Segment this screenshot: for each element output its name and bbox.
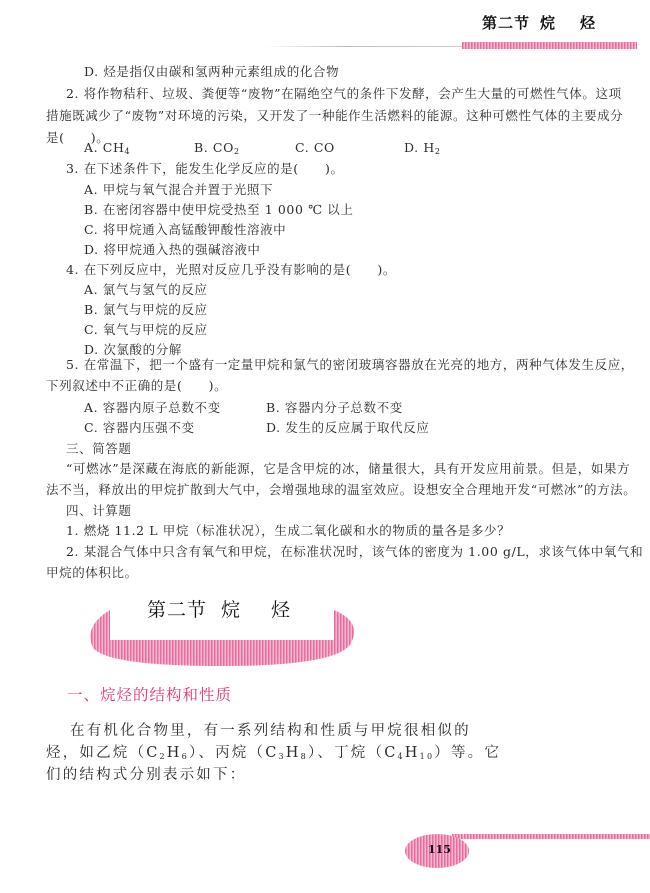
q5-option-a: A. 容器内原子总数不变	[84, 400, 221, 416]
q3-option-d: D. 将甲烷通入热的强碱溶液中	[84, 242, 261, 258]
q2-option-d: D. H2	[404, 140, 441, 156]
banner-section-label: 第二节	[147, 599, 207, 621]
header-divider	[265, 46, 465, 47]
footer-striped-rule	[452, 834, 650, 839]
q3-option-a: A. 甲烷与氧气混合并置于光照下	[84, 182, 273, 198]
q4-option-b: B. 氯气与甲烷的反应	[84, 302, 208, 318]
q4-option-c: C. 氧气与甲烷的反应	[84, 322, 208, 338]
header-title-word-1: 烷	[540, 14, 556, 32]
q2-option-a: A. CH4	[84, 140, 130, 156]
q5-option-b: B. 容器内分子总数不变	[266, 400, 403, 416]
q2-stem-line-1: 2. 将作物秸秆、垃圾、粪便等“废物”在隔绝空气的条件下发酵，会产生大量的可燃性…	[66, 86, 622, 102]
q3-stem: 3. 在下述条件下，能发生化学反应的是( )。	[66, 161, 344, 177]
q2-option-b: B. CO2	[194, 140, 240, 156]
section-3-line-2: 法不当，释放出的甲烷扩散到大气中，会增强地球的温室效应。设想安全合理地开发“可燃…	[46, 482, 636, 498]
section-4-q2-line-1: 2. 某混合气体中只含有氧气和甲烷，在标准状况时，该气体的密度为 1.00 g/…	[66, 544, 643, 560]
banner-word-2: 烃	[271, 599, 291, 621]
section-3-heading: 三、简答题	[66, 441, 132, 457]
q4-option-d: D. 次氯酸的分解	[84, 342, 182, 358]
section-4-heading: 四、计算题	[66, 503, 132, 519]
running-header: 第二节烷烃	[482, 12, 632, 33]
section-4-q2-line-2: 甲烷的体积比。	[46, 565, 138, 581]
body-paragraph-line-1: 在有机化合物里，有一系列结构和性质与甲烷很相似的	[70, 722, 471, 740]
q5-stem-line-2: 下列叙述中不正确的是( )。	[46, 378, 227, 394]
banner-word-1: 烷	[221, 599, 241, 621]
header-title-word-2: 烃	[580, 14, 596, 32]
q2-stem-line-2: 措施既减少了“废物”对环境的污染，又开发了一种能作生活燃料的能源。这种可燃性气体…	[46, 108, 623, 124]
q5-option-d: D. 发生的反应属于取代反应	[266, 420, 429, 436]
page-number: 115	[428, 843, 451, 856]
q4-stem: 4. 在下列反应中，光照对反应几乎没有影响的是( )。	[66, 262, 396, 278]
section-3-line-1: “可燃冰”是深藏在海底的新能源，它是含甲烷的冰，储量很大，具有开发应用前景。但是…	[66, 461, 630, 477]
q3-option-b: B. 在密闭容器中使甲烷受热至 1 000 ℃ 以上	[84, 202, 353, 218]
q3-option-c: C. 将甲烷通入高锰酸钾酸性溶液中	[84, 222, 286, 238]
section-4-q1: 1. 燃烧 11.2 L 甲烷（标准状况），生成二氧化碳和水的物质的量各是多少？	[66, 523, 510, 539]
q4-option-a: A. 氯气与氢气的反应	[84, 282, 208, 298]
header-section-label: 第二节	[482, 14, 530, 32]
body-paragraph-line-2: 烃，如乙烷（C2H6）、丙烷（C3H8）、丁烷（C4H10）等。它	[46, 744, 501, 762]
q2-option-c: C. CO	[295, 140, 335, 156]
section-banner-title: 第二节烷烃	[147, 595, 291, 622]
subsection-heading: 一、烷烃的结构和性质	[67, 683, 232, 705]
q5-stem-line-1: 5. 在常温下，把一个盛有一定量甲烷和氯气的密闭玻璃容器放在光亮的地方，两种气体…	[66, 357, 634, 373]
header-striped-rule	[462, 42, 637, 49]
q1-option-d: D. 烃是指仅由碳和氢两种元素组成的化合物	[84, 64, 339, 80]
body-paragraph-line-3: 们的结构式分别表示如下：	[46, 766, 246, 784]
q5-option-c: C. 容器内压强不变	[84, 420, 195, 436]
